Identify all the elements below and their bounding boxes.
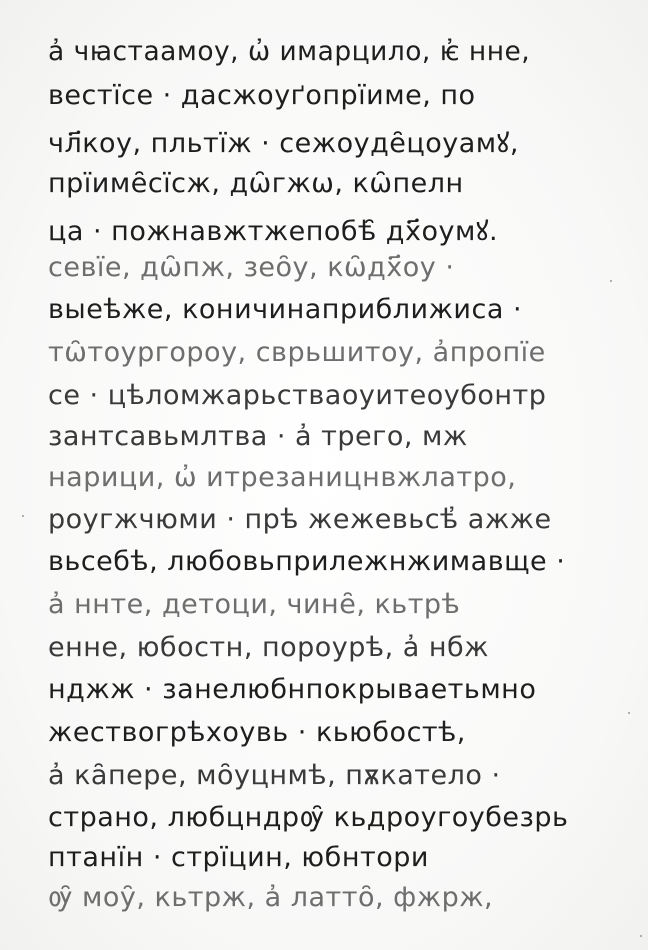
- manuscript-line-5: ца · пожнавжтжепобѣ̑ дх҃оумꙋ.: [48, 211, 498, 248]
- paper-speck: [610, 280, 612, 282]
- manuscript-line-11: нарици, ѡ҆ итрезаницнвжлатро,: [48, 462, 516, 493]
- manuscript-line-14: а҆ ннте, детоци, чине̑, кьтрѣ: [48, 589, 460, 620]
- manuscript-line-8: тѡ̑тоургороу, сврьшитоу, а҆пропїе: [48, 337, 546, 368]
- manuscript-page: а҆ чꙗстаамоу, ѡ҆ имарцило, ѥ҆ нне, вестї…: [0, 0, 648, 950]
- manuscript-line-17: жествогрѣхоувь · кьюбостѣ,: [48, 717, 466, 748]
- manuscript-line-1: а҆ чꙗстаамоу, ѡ҆ имарцило, ѥ҆ нне,: [48, 36, 530, 67]
- manuscript-line-21: ѹ̑ моу̑, кьтрж, а҆ латто̑, фжрж,: [48, 882, 493, 913]
- manuscript-line-7: выеѣже, коничинаприближиса ·: [48, 294, 522, 325]
- manuscript-line-3: чл҃коу, пльтїж · сежоуде̑цоуамꙋ,: [48, 123, 519, 160]
- paper-speck: [640, 935, 642, 937]
- manuscript-line-2: вестїсе · дасжоуґопрїиме, по: [48, 80, 476, 111]
- manuscript-line-15: енне, юбостн, пороурѣ, а҆ нбж: [48, 632, 489, 663]
- manuscript-line-20: птанїн · стрїцин, юбнтори: [48, 842, 429, 873]
- manuscript-line-18: а҆ ка̑пере, мо̑уцнмѣ, пѫкатело ·: [48, 760, 501, 791]
- manuscript-line-6: севїе, дѡ̑пж, зео̑у, кѡ̑дх҃оу ·: [48, 252, 454, 283]
- manuscript-line-9: се · цѣломжарьстваоуитеоубонтр: [48, 380, 546, 411]
- paper-speck: [22, 515, 24, 517]
- manuscript-line-4: прїиме̑сїсж, дѡ̑гжѡ, кѡ̑пелн: [48, 168, 464, 199]
- manuscript-line-10: зантсавьмлтва · а҆ трего, мж: [48, 421, 468, 452]
- manuscript-line-16: нджж · занелюбнпокрываетьмно: [48, 674, 536, 705]
- manuscript-line-12: роугжчюми · прѣ жежевьсѣ҆ ажже: [48, 504, 552, 535]
- manuscript-line-13: вьсебѣ, любовьприлежнжимавще ·: [48, 546, 565, 577]
- manuscript-line-19: страно, любцндрѹ̑ кьдроугоубезрь: [48, 802, 568, 833]
- paper-speck: [628, 712, 630, 714]
